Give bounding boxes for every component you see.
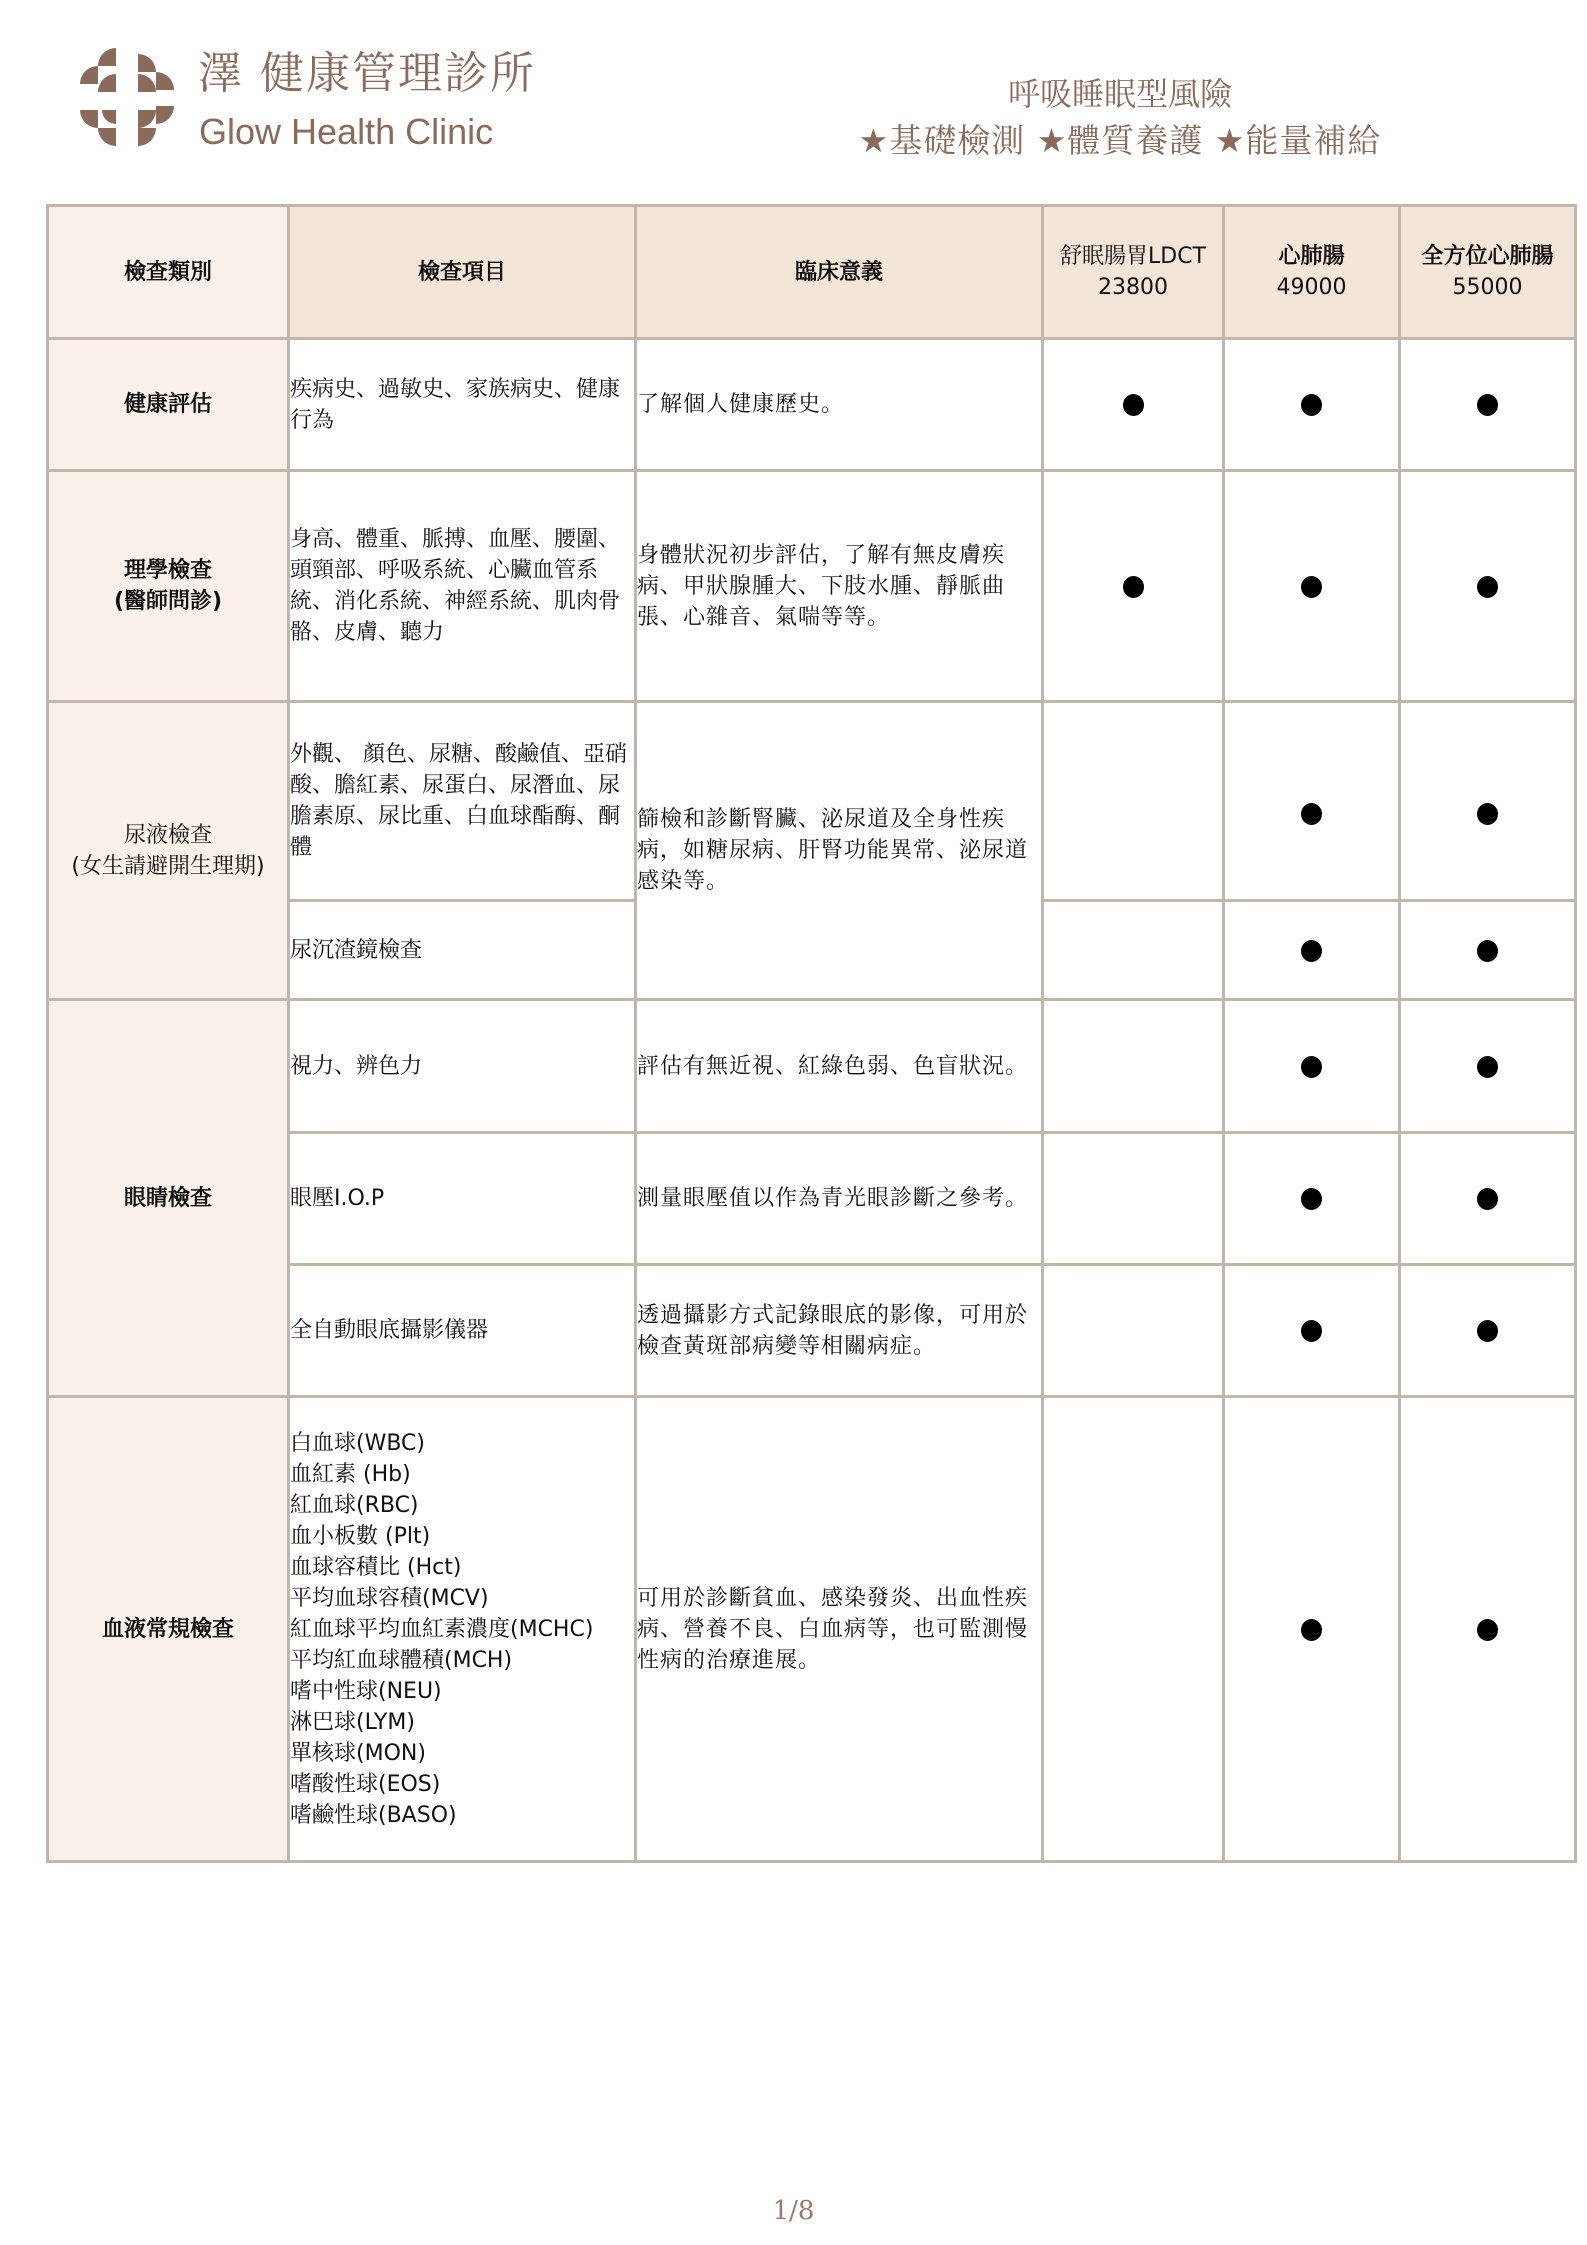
- package-2-cell: [1224, 1265, 1400, 1397]
- table-row: 尿液檢查 (女生請避開生理期) 外觀、 顏色、尿糖、酸鹼值、亞硝酸、膽紅素、尿蛋…: [48, 702, 1576, 901]
- blood-test-item: 平均血球容積(MCV): [290, 1583, 634, 1614]
- package-1-cell: [1043, 702, 1224, 901]
- blood-test-item: 血紅素 (Hb): [290, 1459, 634, 1490]
- item-cell: 身高、體重、脈搏、血壓、腰圍、頭頸部、呼吸系統、心臟血管系統、消化系統、神經系統…: [289, 471, 636, 702]
- clinic-name-english: Glow Health Clinic: [199, 114, 493, 150]
- item-cell: 尿沉渣鏡檢查: [289, 901, 636, 1000]
- meaning-cell: 評估有無近視、紅綠色弱、色盲狀況。: [636, 1000, 1043, 1133]
- page-indicator: 1/8: [0, 2196, 1587, 2226]
- package-1-cell: [1043, 1397, 1224, 1862]
- blood-test-item: 血小板數 (Plt): [290, 1521, 634, 1552]
- clinic-logo-icon: [72, 44, 182, 156]
- category-cell: 血液常規檢查: [48, 1397, 289, 1862]
- package-1-cell: [1043, 1000, 1224, 1133]
- category-note: (女生請避開生理期): [49, 851, 287, 882]
- blood-test-item: 紅血球平均血紅素濃度(MCHC): [290, 1614, 634, 1645]
- package-2-cell: [1224, 901, 1400, 1000]
- package-name: 心肺腸: [1225, 241, 1398, 272]
- document-title: 呼吸睡眠型風險 ★基礎檢測 ★體質養護 ★能量補給: [840, 72, 1400, 166]
- included-dot-icon: [1301, 803, 1322, 825]
- package-1-cell: [1043, 339, 1224, 471]
- header-category: 檢查類別: [48, 206, 289, 339]
- blood-test-item: 白血球(WBC): [290, 1428, 634, 1459]
- package-3-cell: [1400, 1397, 1576, 1862]
- blood-test-item: 血球容積比 (Hct): [290, 1552, 634, 1583]
- included-dot-icon: [1477, 803, 1498, 825]
- included-dot-icon: [1477, 940, 1498, 962]
- item-cell: 外觀、 顏色、尿糖、酸鹼值、亞硝酸、膽紅素、尿蛋白、尿潛血、尿膽素原、尿比重、白…: [289, 702, 636, 901]
- package-1-cell: [1043, 1265, 1224, 1397]
- package-1-cell: [1043, 471, 1224, 702]
- blood-test-item: 平均紅血球體積(MCH): [290, 1645, 634, 1676]
- included-dot-icon: [1301, 1619, 1322, 1641]
- plan-subtitle: ★基礎檢測 ★體質養護 ★能量補給: [840, 116, 1400, 166]
- included-dot-icon: [1477, 1056, 1498, 1078]
- item-cell: 視力、辨色力: [289, 1000, 636, 1133]
- package-3-cell: [1400, 471, 1576, 702]
- meaning-cell: 身體狀況初步評估，了解有無皮膚疾病、甲狀腺腫大、下肢水腫、靜脈曲張、心雜音、氣喘…: [636, 471, 1043, 702]
- meaning-cell: 測量眼壓值以作為青光眼診斷之參考。: [636, 1133, 1043, 1265]
- package-1-cell: [1043, 1133, 1224, 1265]
- package-2-cell: [1224, 1000, 1400, 1133]
- category-cell: 尿液檢查 (女生請避開生理期): [48, 702, 289, 1000]
- package-name: 全方位心肺腸: [1401, 241, 1574, 272]
- package-3-cell: [1400, 1000, 1576, 1133]
- table-row: 血液常規檢查 白血球(WBC) 血紅素 (Hb) 紅血球(RBC) 血小板數 (…: [48, 1397, 1576, 1862]
- exam-comparison-table: 檢查類別 檢查項目 臨床意義 舒眠腸胃LDCT 23800 心肺腸 49000 …: [46, 204, 1577, 1863]
- blood-test-item: 嗜酸性球(EOS): [290, 1769, 634, 1800]
- category-cell: 健康評估: [48, 339, 289, 471]
- category-label: 理學檢查: [49, 555, 287, 586]
- item-cell: 疾病史、過敏史、家族病史、健康行為: [289, 339, 636, 471]
- blood-test-item: 嗜鹼性球(BASO): [290, 1800, 634, 1831]
- package-2-cell: [1224, 1133, 1400, 1265]
- included-dot-icon: [1301, 576, 1322, 598]
- package-3-cell: [1400, 702, 1576, 901]
- item-cell: 眼壓I.O.P: [289, 1133, 636, 1265]
- included-dot-icon: [1123, 394, 1144, 416]
- package-1-cell: [1043, 901, 1224, 1000]
- package-3-cell: [1400, 1133, 1576, 1265]
- included-dot-icon: [1301, 1188, 1322, 1210]
- blood-test-item: 嗜中性球(NEU): [290, 1676, 634, 1707]
- blood-test-item: 紅血球(RBC): [290, 1490, 634, 1521]
- meaning-cell: 篩檢和診斷腎臟、泌尿道及全身性疾病，如糖尿病、肝腎功能異常、泌尿道感染等。: [636, 702, 1043, 1000]
- included-dot-icon: [1477, 576, 1498, 598]
- blood-test-item: 淋巴球(LYM): [290, 1707, 634, 1738]
- package-name: 舒眠腸胃LDCT: [1044, 241, 1222, 272]
- package-3-cell: [1400, 901, 1576, 1000]
- package-3-cell: [1400, 339, 1576, 471]
- header-package-2: 心肺腸 49000: [1224, 206, 1400, 339]
- meaning-cell: 透過攝影方式記錄眼底的影像，可用於檢查黃斑部病變等相關病症。: [636, 1265, 1043, 1397]
- table-header-row: 檢查類別 檢查項目 臨床意義 舒眠腸胃LDCT 23800 心肺腸 49000 …: [48, 206, 1576, 339]
- meaning-cell: 了解個人健康歷史。: [636, 339, 1043, 471]
- included-dot-icon: [1477, 394, 1498, 416]
- category-label: 尿液檢查: [49, 820, 287, 851]
- table-row: 眼睛檢查 視力、辨色力 評估有無近視、紅綠色弱、色盲狀況。: [48, 1000, 1576, 1133]
- header-item: 檢查項目: [289, 206, 636, 339]
- category-cell: 理學檢查 (醫師問診): [48, 471, 289, 702]
- package-price: 49000: [1225, 272, 1398, 303]
- blood-test-item: 單核球(MON): [290, 1738, 634, 1769]
- package-2-cell: [1224, 471, 1400, 702]
- package-3-cell: [1400, 1265, 1576, 1397]
- header-meaning: 臨床意義: [636, 206, 1043, 339]
- included-dot-icon: [1477, 1320, 1498, 1342]
- header-package-3: 全方位心肺腸 55000: [1400, 206, 1576, 339]
- category-note: (醫師問診): [49, 586, 287, 617]
- included-dot-icon: [1301, 940, 1322, 962]
- package-2-cell: [1224, 339, 1400, 471]
- meaning-cell: 可用於診斷貧血、感染發炎、出血性疾病、營養不良、白血病等，也可監測慢性病的治療進…: [636, 1397, 1043, 1862]
- included-dot-icon: [1301, 1320, 1322, 1342]
- table-row: 健康評估 疾病史、過敏史、家族病史、健康行為 了解個人健康歷史。: [48, 339, 1576, 471]
- package-2-cell: [1224, 1397, 1400, 1862]
- package-price: 55000: [1401, 272, 1574, 303]
- clinic-name-chinese: 澤 健康管理診所: [198, 52, 536, 96]
- included-dot-icon: [1301, 394, 1322, 416]
- package-price: 23800: [1044, 272, 1222, 303]
- header-package-1: 舒眠腸胃LDCT 23800: [1043, 206, 1224, 339]
- included-dot-icon: [1477, 1188, 1498, 1210]
- included-dot-icon: [1477, 1619, 1498, 1641]
- item-cell: 全自動眼底攝影儀器: [289, 1265, 636, 1397]
- package-2-cell: [1224, 702, 1400, 901]
- category-cell: 眼睛檢查: [48, 1000, 289, 1397]
- included-dot-icon: [1123, 576, 1144, 598]
- plan-title: 呼吸睡眠型風險: [840, 72, 1400, 116]
- table-row: 理學檢查 (醫師問診) 身高、體重、脈搏、血壓、腰圍、頭頸部、呼吸系統、心臟血管…: [48, 471, 1576, 702]
- included-dot-icon: [1301, 1056, 1322, 1078]
- item-cell: 白血球(WBC) 血紅素 (Hb) 紅血球(RBC) 血小板數 (Plt) 血球…: [289, 1397, 636, 1862]
